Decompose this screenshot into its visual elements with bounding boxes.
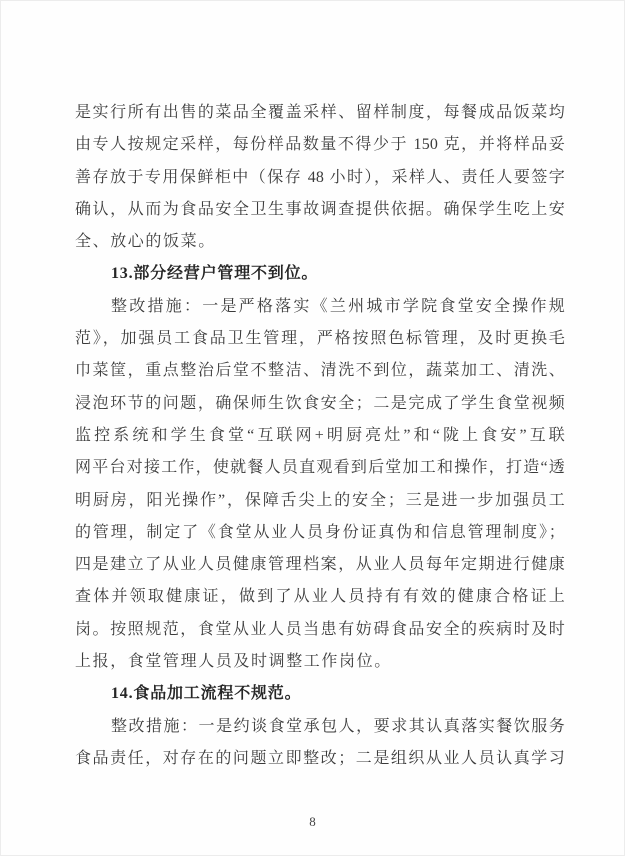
text-line: 明厨房，阳光操作”，保障舌尖上的安全；三是进一步加强员工	[75, 485, 565, 517]
text-line: 善存放于专用保鲜柜中（保存 48 小时），采样人、责任人要签字	[75, 162, 565, 194]
text-block: 是实行所有出售的菜品全覆盖采样、留样制度，每餐成品饭菜均 由专人按规定采样，每份…	[75, 97, 565, 775]
text-line: 食品责任，对存在的问题立即整改；二是组织从业人员认真学习	[75, 743, 565, 775]
text-line: 是实行所有出售的菜品全覆盖采样、留样制度，每餐成品饭菜均	[75, 97, 565, 129]
text-line: 查体并领取健康证，做到了从业人员持有有效的健康合格证上	[75, 581, 565, 613]
text-line: 岗。按照规范，食堂从业人员当患有妨碍食品安全的疾病时及时	[75, 614, 565, 646]
text-line: 确认，从而为食品安全卫生事故调查提供依据。确保学生吃上安	[75, 194, 565, 226]
text-line: 由专人按规定采样，每份样品数量不得少于 150 克，并将样品妥	[75, 129, 565, 161]
section-heading-14: 14.食品加工流程不规范。	[75, 678, 565, 710]
text-line: 监控系统和学生食堂“互联网+明厨亮灶”和“陇上食安”互联	[75, 420, 565, 452]
page-number: 8	[1, 813, 624, 831]
text-line: 网平台对接工作，使就餐人员直观看到后堂加工和操作，打造“透	[75, 452, 565, 484]
document-page: 是实行所有出售的菜品全覆盖采样、留样制度，每餐成品饭菜均 由专人按规定采样，每份…	[0, 0, 625, 856]
text-line: 四是建立了从业人员健康管理档案，从业人员每年定期进行健康	[75, 549, 565, 581]
text-line: 巾菜筐，重点整治后堂不整洁、清洗不到位，蔬菜加工、清洗、	[75, 355, 565, 387]
section-heading-13: 13.部分经营户管理不到位。	[75, 258, 565, 290]
text-line: 上报，食堂管理人员及时调整工作岗位。	[75, 646, 565, 678]
text-line: 整改措施：一是约谈食堂承包人，要求其认真落实餐饮服务	[75, 711, 565, 743]
text-line: 整改措施：一是严格落实《兰州城市学院食堂安全操作规	[75, 291, 565, 323]
text-line: 全、放心的饭菜。	[75, 226, 565, 258]
text-line: 浸泡环节的问题，确保师生饮食安全；二是完成了学生食堂视频	[75, 388, 565, 420]
text-line: 范》，加强员工食品卫生管理，严格按照色标管理，及时更换毛	[75, 323, 565, 355]
text-line: 的管理，制定了《食堂从业人员身份证真伪和信息管理制度》；	[75, 517, 565, 549]
